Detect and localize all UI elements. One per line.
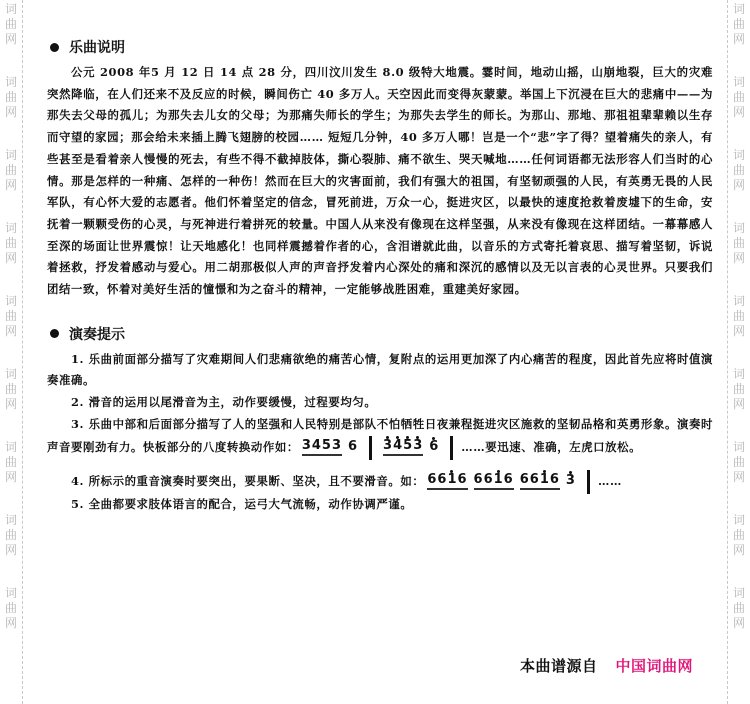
watermark-char: 词 xyxy=(5,367,17,382)
right-watermark-strip: 词曲网词曲网词曲网词曲网词曲网词曲网词曲网词曲网词曲网 xyxy=(728,0,750,704)
jianpu-notation-accent: 6616661666163 xyxy=(424,470,598,494)
note: 6 xyxy=(457,472,467,487)
document-content: 乐曲说明 公元 2008 年5 月 12 日 14 点 28 分，四川汶川发生 … xyxy=(47,36,713,515)
watermark-char: 曲 xyxy=(733,90,745,105)
watermark-char: 网 xyxy=(5,616,17,631)
bullet-icon xyxy=(50,43,59,52)
watermark-char: 曲 xyxy=(733,601,745,616)
section-heading-performance-tips: 演奏提示 xyxy=(47,323,713,345)
watermark-group: 词曲网 xyxy=(733,440,745,485)
watermark-group: 词曲网 xyxy=(5,221,17,266)
note-group: 6616 xyxy=(520,473,560,490)
watermark-char: 曲 xyxy=(733,163,745,178)
watermark-char: 曲 xyxy=(733,236,745,251)
note: 6 xyxy=(427,472,437,487)
watermark-char: 词 xyxy=(5,513,17,528)
note: 3 xyxy=(413,439,423,453)
watermark-char: 网 xyxy=(733,178,745,193)
note-group: 6616 xyxy=(427,473,467,490)
barline xyxy=(587,470,590,494)
watermark-group: 词曲网 xyxy=(733,221,745,266)
watermark-group: 词曲网 xyxy=(733,513,745,558)
watermark-char: 网 xyxy=(5,470,17,485)
note: 6 xyxy=(474,472,484,487)
watermark-char: 词 xyxy=(733,2,745,17)
note: 3 xyxy=(383,439,393,453)
note: 1 xyxy=(494,473,504,487)
watermark-char: 网 xyxy=(5,397,17,412)
watermark-group: 词曲网 xyxy=(733,367,745,412)
watermark-char: 曲 xyxy=(5,601,17,616)
note-group: 6616 xyxy=(474,473,514,490)
note: 6 xyxy=(530,472,540,487)
watermark-char: 网 xyxy=(733,543,745,558)
watermark-char: 曲 xyxy=(5,309,17,324)
watermark-char: 网 xyxy=(5,105,17,120)
note: 5 xyxy=(403,439,413,453)
watermark-group: 词曲网 xyxy=(733,294,745,339)
note: 6 xyxy=(520,472,530,487)
note: 6 xyxy=(550,472,560,487)
watermark-char: 网 xyxy=(5,251,17,266)
tip-item-1: 1. 乐曲前面部分描写了灾难期间人们悲痛欲绝的痛苦心情，复附点的运用更加深了内心… xyxy=(47,349,713,392)
note: 6 xyxy=(504,472,514,487)
watermark-group: 词曲网 xyxy=(5,148,17,193)
note: 1 xyxy=(447,473,457,487)
watermark-char: 曲 xyxy=(5,382,17,397)
bullet-icon xyxy=(50,329,59,338)
watermark-char: 词 xyxy=(733,294,745,309)
note-group-high-octave: 3453 xyxy=(383,439,423,456)
note: 6 xyxy=(484,472,494,487)
tip-item-4: 4. 所标示的重音演奏时要突出，要果断、坚决，且不要滑音。如：661666166… xyxy=(47,470,713,494)
watermark-char: 网 xyxy=(5,178,17,193)
watermark-char: 曲 xyxy=(5,90,17,105)
jianpu-notation-octave: 3453634536 xyxy=(299,436,461,460)
watermark-char: 词 xyxy=(733,148,745,163)
watermark-char: 曲 xyxy=(733,309,745,324)
tip-item-2: 2. 滑音的运用以尾滑音为主，动作要缓慢，过程要均匀。 xyxy=(47,392,713,414)
watermark-group: 词曲网 xyxy=(733,75,745,120)
watermark-group: 词曲网 xyxy=(733,148,745,193)
watermark-group: 词曲网 xyxy=(733,2,745,47)
source-credit: 本曲谱源自 中国词曲网 xyxy=(520,655,693,676)
watermark-char: 词 xyxy=(5,294,17,309)
watermark-char: 曲 xyxy=(5,17,17,32)
watermark-char: 词 xyxy=(733,367,745,382)
watermark-char: 网 xyxy=(733,324,745,339)
watermark-char: 网 xyxy=(733,470,745,485)
watermark-char: 网 xyxy=(5,32,17,47)
watermark-group: 词曲网 xyxy=(5,2,17,47)
section-heading-music-description: 乐曲说明 xyxy=(47,36,713,58)
watermark-group: 词曲网 xyxy=(5,294,17,339)
left-watermark-strip: 词曲网词曲网词曲网词曲网词曲网词曲网词曲网词曲网词曲网 xyxy=(0,0,22,704)
watermark-char: 词 xyxy=(733,513,745,528)
watermark-char: 网 xyxy=(733,397,745,412)
watermark-char: 曲 xyxy=(5,455,17,470)
watermark-char: 曲 xyxy=(733,455,745,470)
watermark-group: 词曲网 xyxy=(5,586,17,631)
watermark-char: 词 xyxy=(5,75,17,90)
watermark-char: 词 xyxy=(733,440,745,455)
watermark-char: 曲 xyxy=(5,528,17,543)
watermark-char: 词 xyxy=(5,440,17,455)
note: 6 xyxy=(437,472,447,487)
watermark-char: 词 xyxy=(5,148,17,163)
watermark-char: 词 xyxy=(733,75,745,90)
watermark-group: 词曲网 xyxy=(5,75,17,120)
note: 6 xyxy=(348,440,358,455)
watermark-char: 网 xyxy=(733,32,745,47)
watermark-char: 曲 xyxy=(5,236,17,251)
watermark-group: 词曲网 xyxy=(5,367,17,412)
watermark-char: 词 xyxy=(5,2,17,17)
watermark-char: 曲 xyxy=(733,17,745,32)
watermark-char: 词 xyxy=(5,586,17,601)
watermark-char: 网 xyxy=(5,543,17,558)
music-description-paragraph: 公元 2008 年5 月 12 日 14 点 28 分，四川汶川发生 8.0 级… xyxy=(47,62,713,301)
watermark-char: 曲 xyxy=(5,163,17,178)
watermark-char: 网 xyxy=(733,616,745,631)
watermark-group: 词曲网 xyxy=(733,586,745,631)
watermark-char: 曲 xyxy=(733,528,745,543)
credit-prefix: 本曲谱源自 xyxy=(520,655,598,676)
note-high-octave: 3 xyxy=(566,474,576,489)
note: 1 xyxy=(540,473,550,487)
watermark-char: 词 xyxy=(733,586,745,601)
note-group: 3453 xyxy=(302,439,342,456)
note-high-octave: 6 xyxy=(429,440,439,455)
tip-3-text-after: ……要迅速、准确，左虎口放松。 xyxy=(461,440,641,454)
tip-4-text: 4. 所标示的重音演奏时要突出，要果断、坚决，且不要滑音。如： xyxy=(71,474,424,488)
left-margin-dashed-line xyxy=(22,0,23,704)
credit-site-link[interactable]: 中国词曲网 xyxy=(616,655,694,676)
barline xyxy=(369,436,372,460)
watermark-group: 词曲网 xyxy=(5,513,17,558)
watermark-char: 曲 xyxy=(733,382,745,397)
watermark-char: 网 xyxy=(5,324,17,339)
watermark-char: 网 xyxy=(733,251,745,266)
note: 4 xyxy=(393,439,403,453)
watermark-group: 词曲网 xyxy=(5,440,17,485)
tip-item-5: 5. 全曲都要求肢体语言的配合，运弓大气流畅，动作协调严谨。 xyxy=(47,494,713,516)
barline xyxy=(450,436,453,460)
watermark-char: 网 xyxy=(733,105,745,120)
section-title-text: 乐曲说明 xyxy=(69,37,125,57)
section-title-text: 演奏提示 xyxy=(69,324,125,344)
tip-4-text-after: …… xyxy=(598,474,622,488)
watermark-char: 词 xyxy=(733,221,745,236)
tip-item-3: 3. 乐曲中部和后面部分描写了人的坚强和人民特别是部队不怕牺牲日夜兼程挺进灾区施… xyxy=(47,414,713,460)
watermark-char: 词 xyxy=(5,221,17,236)
